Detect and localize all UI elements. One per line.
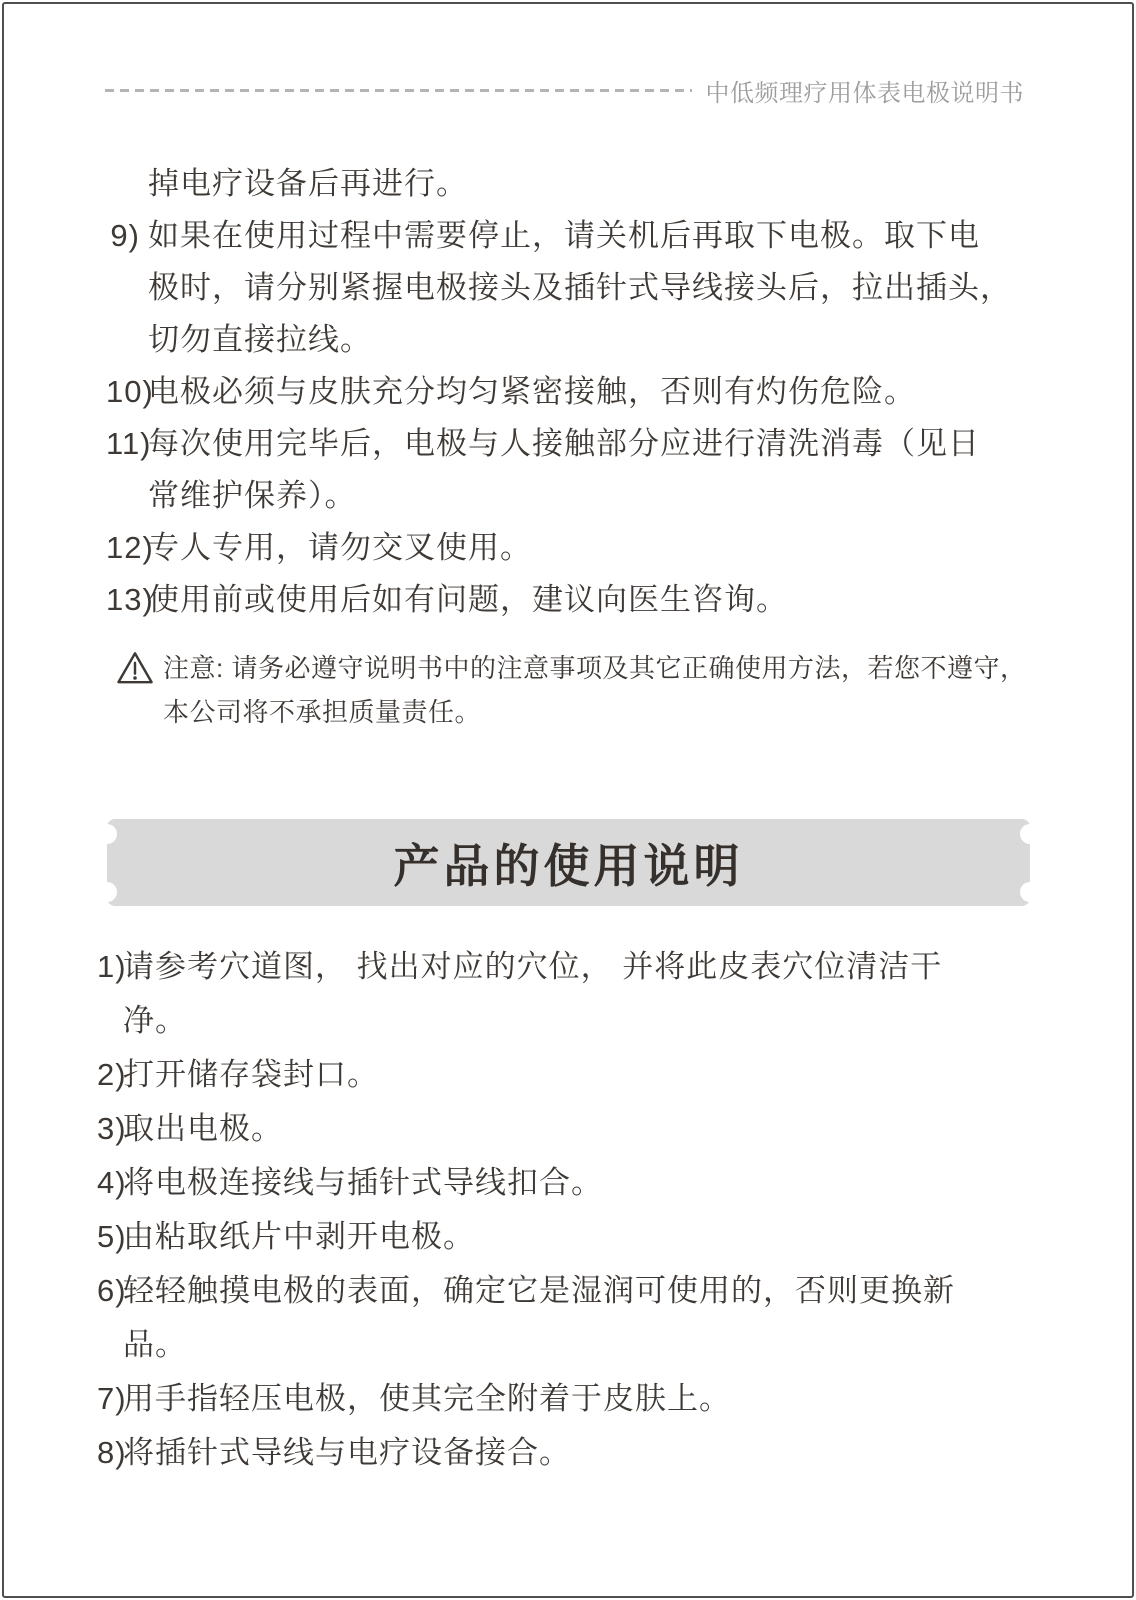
item-text: 电极必须与皮肤充分均匀紧密接触，否则有灼伤危险。 [148,366,1040,418]
list-item: 3) 取出电极。 [97,1102,1040,1156]
caution-note: 注意: 请务必遵守说明书中的注意事项及其它正确使用方法，若您不遵守， 本公司将不… [116,646,1036,734]
item-number: 12) [106,522,140,574]
item-text: 如果在使用过程中需要停止，请关机后再取下电极。取下电 极时，请分别紧握电极接头及… [148,210,1040,366]
header-dash-line [105,89,692,92]
item-number: 10) [106,366,140,418]
page-header-title: 中低频理疗用体表电极说明书 [706,73,1025,108]
carryover-line: 掉电疗设备后再进行。 [106,158,1040,210]
list-item: 4) 将电极连接线与插针式导线扣合。 [97,1156,1040,1210]
item-text: 将插针式导线与电疗设备接合。 [123,1426,1040,1480]
item-text: 使用前或使用后如有问题，建议向医生咨询。 [148,574,1040,626]
precautions-section: 掉电疗设备后再进行。 9) 如果在使用过程中需要停止，请关机后再取下电极。取下电… [106,158,1040,626]
list-item: 11) 每次使用完毕后，电极与人接触部分应进行清洗消毒（见日 常维护保养）。 [106,418,1040,522]
item-number: 8) [97,1426,119,1480]
section-title: 产品的使用说明 [394,830,744,896]
item-number: 1) [97,940,119,994]
item-text: 用手指轻压电极，使其完全附着于皮肤上。 [123,1372,1040,1426]
warning-triangle-icon [116,651,154,734]
list-item: 1) 请参考穴道图， 找出对应的穴位， 并将此皮表穴位清洁干 净。 [97,940,1040,1048]
item-text: 取出电极。 [123,1102,1040,1156]
banner-notch [97,882,117,902]
section-title-banner: 产品的使用说明 [107,819,1030,906]
banner-notch [97,824,117,844]
item-number: 5) [97,1210,119,1264]
item-number: 13) [106,574,140,626]
item-number: 2) [97,1048,119,1102]
list-item: 2) 打开储存袋封口。 [97,1048,1040,1102]
item-number: 11) [106,418,140,470]
item-text: 请参考穴道图， 找出对应的穴位， 并将此皮表穴位清洁干 净。 [123,940,1040,1048]
list-item: 6) 轻轻触摸电极的表面，确定它是湿润可使用的，否则更换新 品。 [97,1264,1040,1372]
item-number: 4) [97,1156,119,1210]
item-text: 每次使用完毕后，电极与人接触部分应进行清洗消毒（见日 常维护保养）。 [148,418,1040,522]
list-item: 5) 由粘取纸片中剥开电极。 [97,1210,1040,1264]
item-text: 打开储存袋封口。 [123,1048,1040,1102]
item-number: 6) [97,1264,119,1318]
item-text: 轻轻触摸电极的表面，确定它是湿润可使用的，否则更换新 品。 [123,1264,1040,1372]
list-item: 10) 电极必须与皮肤充分均匀紧密接触，否则有灼伤危险。 [106,366,1040,418]
item-text: 专人专用，请勿交叉使用。 [148,522,1040,574]
banner-notch [1020,882,1040,902]
list-item: 9) 如果在使用过程中需要停止，请关机后再取下电极。取下电 极时，请分别紧握电极… [106,210,1040,366]
list-item: 7) 用手指轻压电极，使其完全附着于皮肤上。 [97,1372,1040,1426]
item-text: 由粘取纸片中剥开电极。 [123,1210,1040,1264]
banner-notch [1020,824,1040,844]
page-header: 中低频理疗用体表电极说明书 [105,74,1024,106]
item-text: 将电极连接线与插针式导线扣合。 [123,1156,1040,1210]
usage-section: 1) 请参考穴道图， 找出对应的穴位， 并将此皮表穴位清洁干 净。 2) 打开储… [97,940,1040,1480]
item-number: 9) [106,210,140,262]
note-text: 请务必遵守说明书中的注意事项及其它正确使用方法，若您不遵守， 本公司将不承担质量… [163,653,1026,727]
list-item: 8) 将插针式导线与电疗设备接合。 [97,1426,1040,1480]
list-item: 12) 专人专用，请勿交叉使用。 [106,522,1040,574]
note-label: 注意: [163,653,231,683]
item-number: 3) [97,1102,119,1156]
list-item: 13) 使用前或使用后如有问题，建议向医生咨询。 [106,574,1040,626]
item-number: 7) [97,1372,119,1426]
note-body: 注意: 请务必遵守说明书中的注意事项及其它正确使用方法，若您不遵守， 本公司将不… [163,646,1026,734]
